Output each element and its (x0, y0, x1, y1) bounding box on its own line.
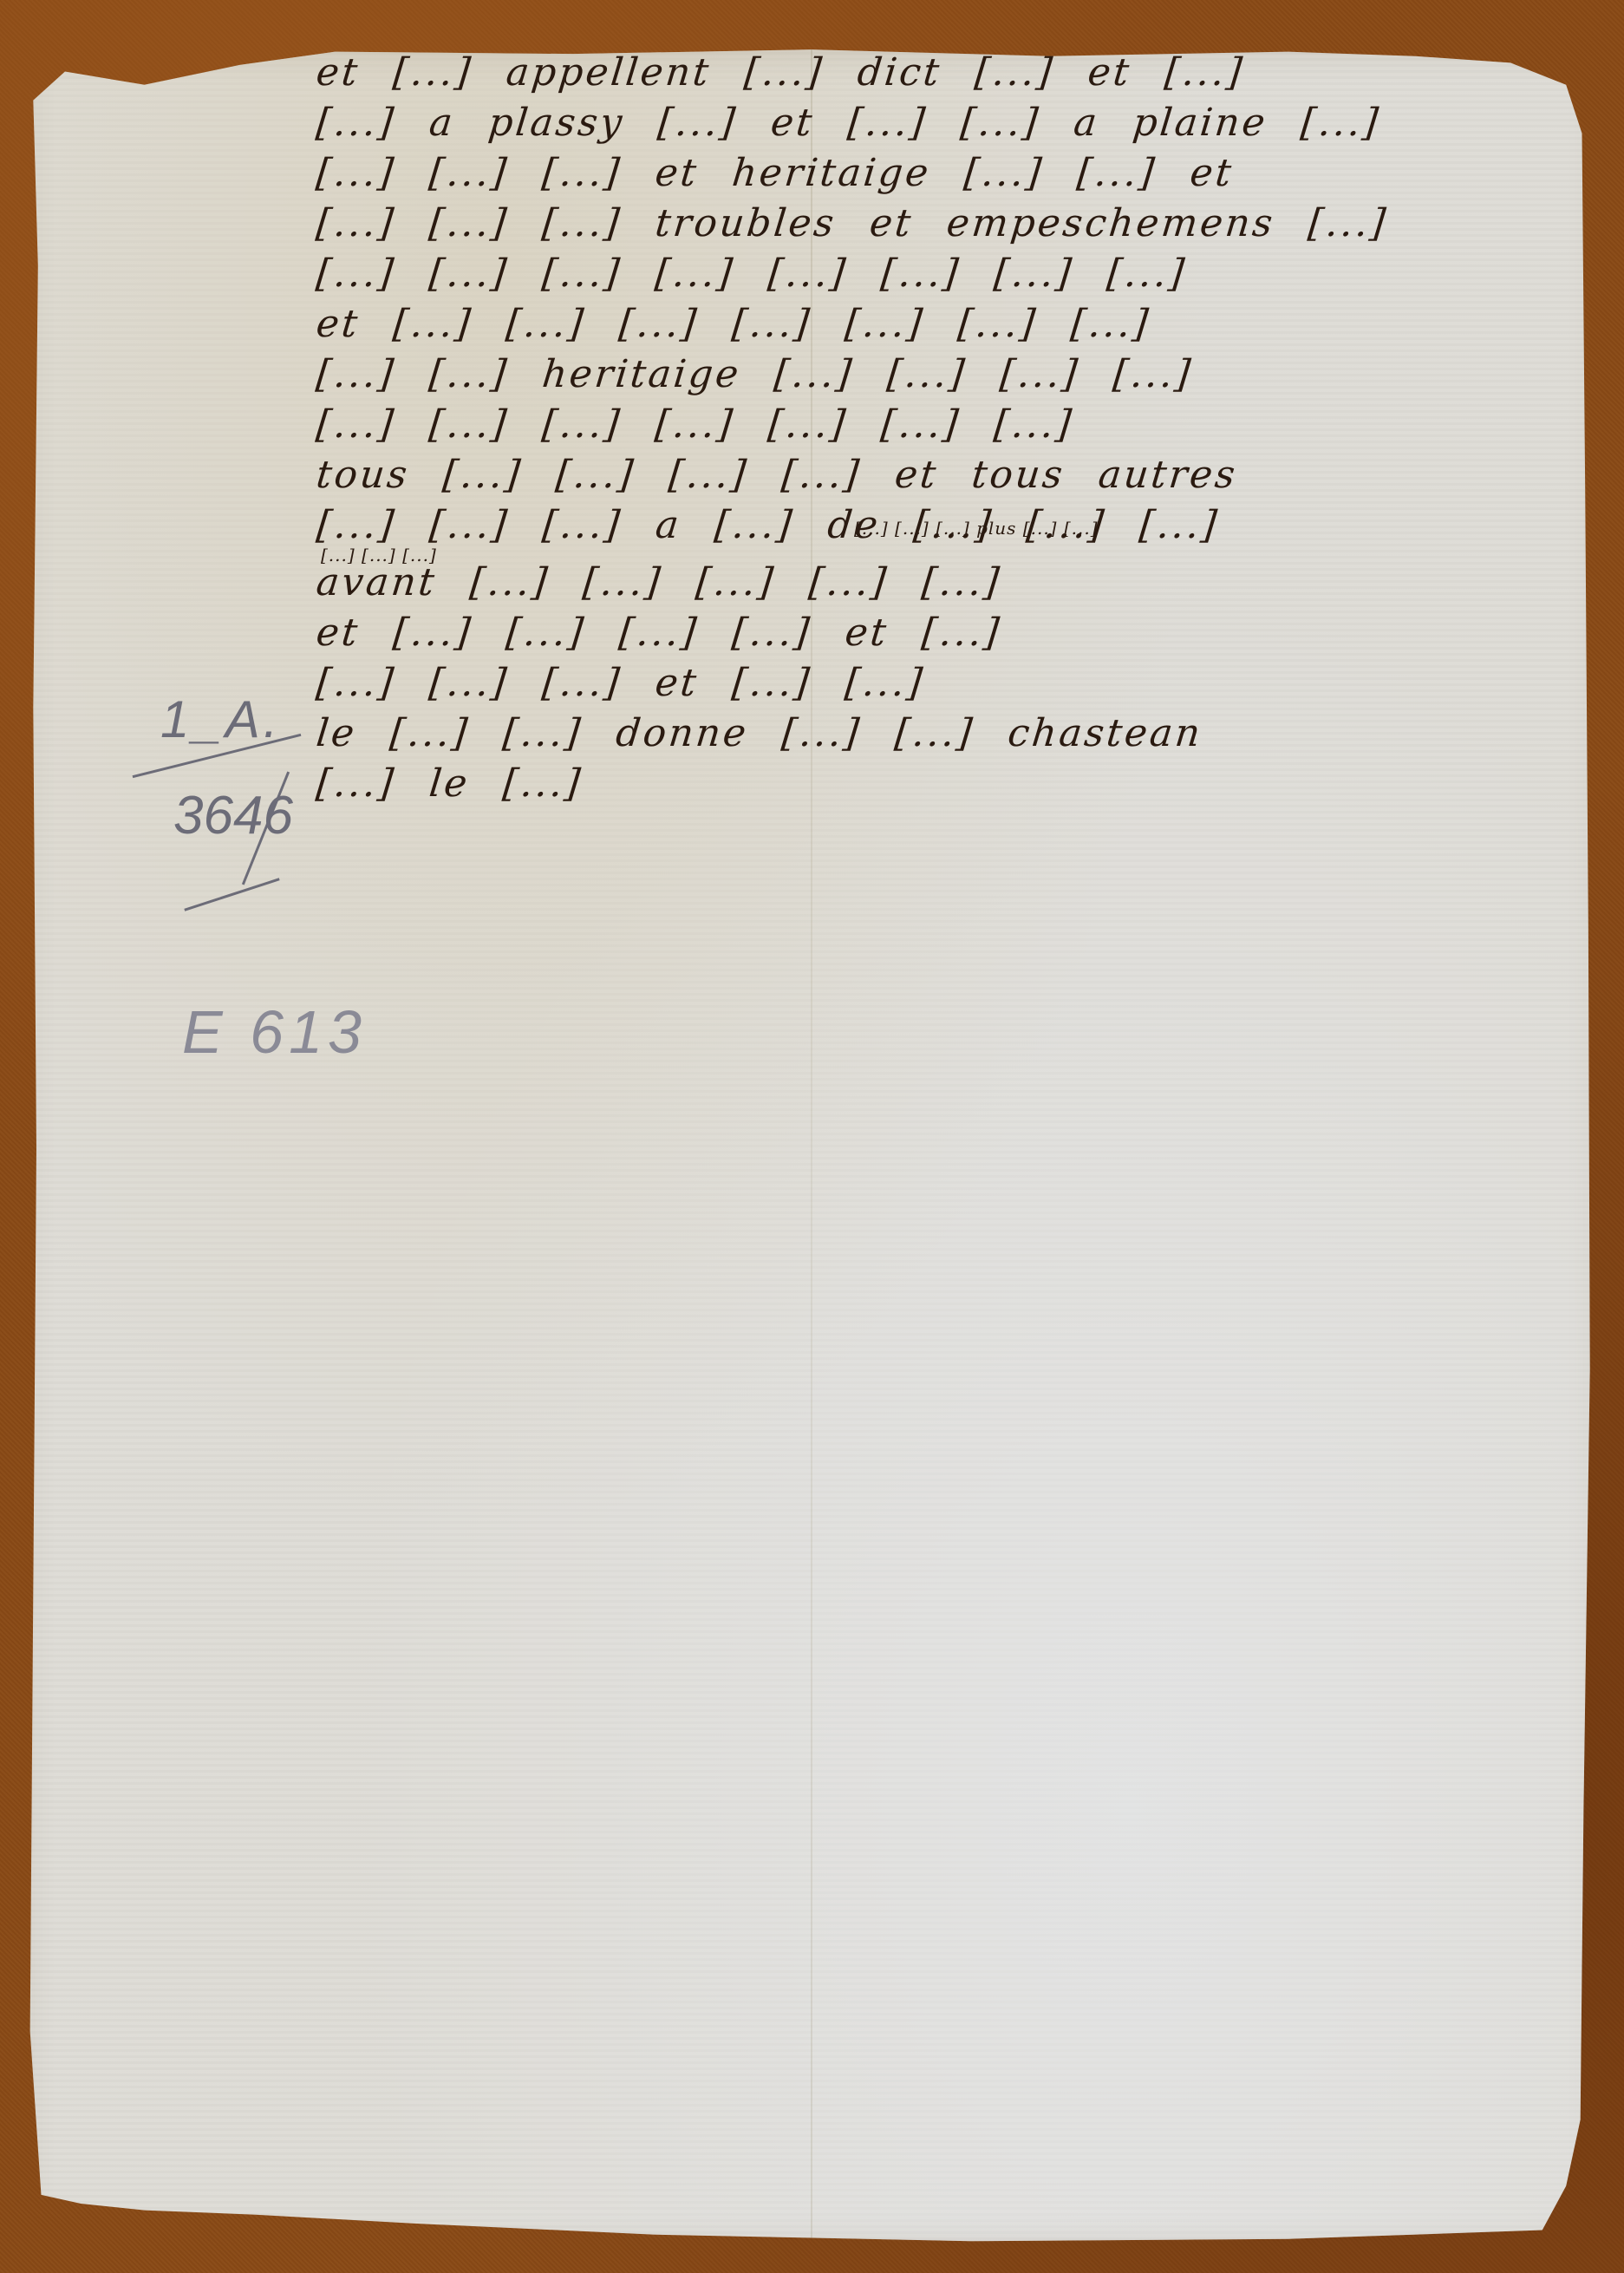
main-text-block: et [...] appellent [...] dict [...] et [… (316, 48, 1582, 809)
text-line-13: [...] [...] [...] et [...] [...] (314, 658, 1585, 709)
interlinear-note-left: [...] [...] [...] (321, 545, 437, 565)
pencil-mark-e613: E 613 (182, 997, 367, 1067)
text-line-3: [...] [...] [...] et heritaige [...] [..… (314, 148, 1585, 199)
text-line-14: le [...] [...] donne [...] [...] chastea… (314, 709, 1585, 759)
text-line-2: [...] a plassy [...] et [...] [...] a pl… (314, 98, 1585, 148)
text-line-9: tous [...] [...] [...] [...] et tous aut… (314, 450, 1585, 500)
interlinear-note-right: [...] [...] [...] plus [...] [...] (854, 518, 1099, 539)
text-line-8: [...] [...] [...] [...] [...] [...] [...… (314, 400, 1585, 450)
text-line-4: [...] [...] [...] troubles et empescheme… (314, 199, 1585, 249)
text-line-5: [...] [...] [...] [...] [...] [...] [...… (314, 249, 1585, 299)
pencil-mark-1a: 1_A. (160, 689, 281, 749)
pencil-mark-number: 3646 (173, 785, 293, 846)
text-line-6: et [...] [...] [...] [...] [...] [...] [… (314, 299, 1585, 349)
text-line-12: et [...] [...] [...] [...] et [...] (314, 608, 1585, 658)
text-line-7: [...] [...] heritaige [...] [...] [...] … (314, 349, 1585, 400)
text-line-1: et [...] appellent [...] dict [...] et [… (314, 48, 1585, 98)
text-line-15: [...] le [...] (314, 759, 1585, 809)
text-line-11: avant [...] [...] [...] [...] [...] (314, 558, 1585, 608)
